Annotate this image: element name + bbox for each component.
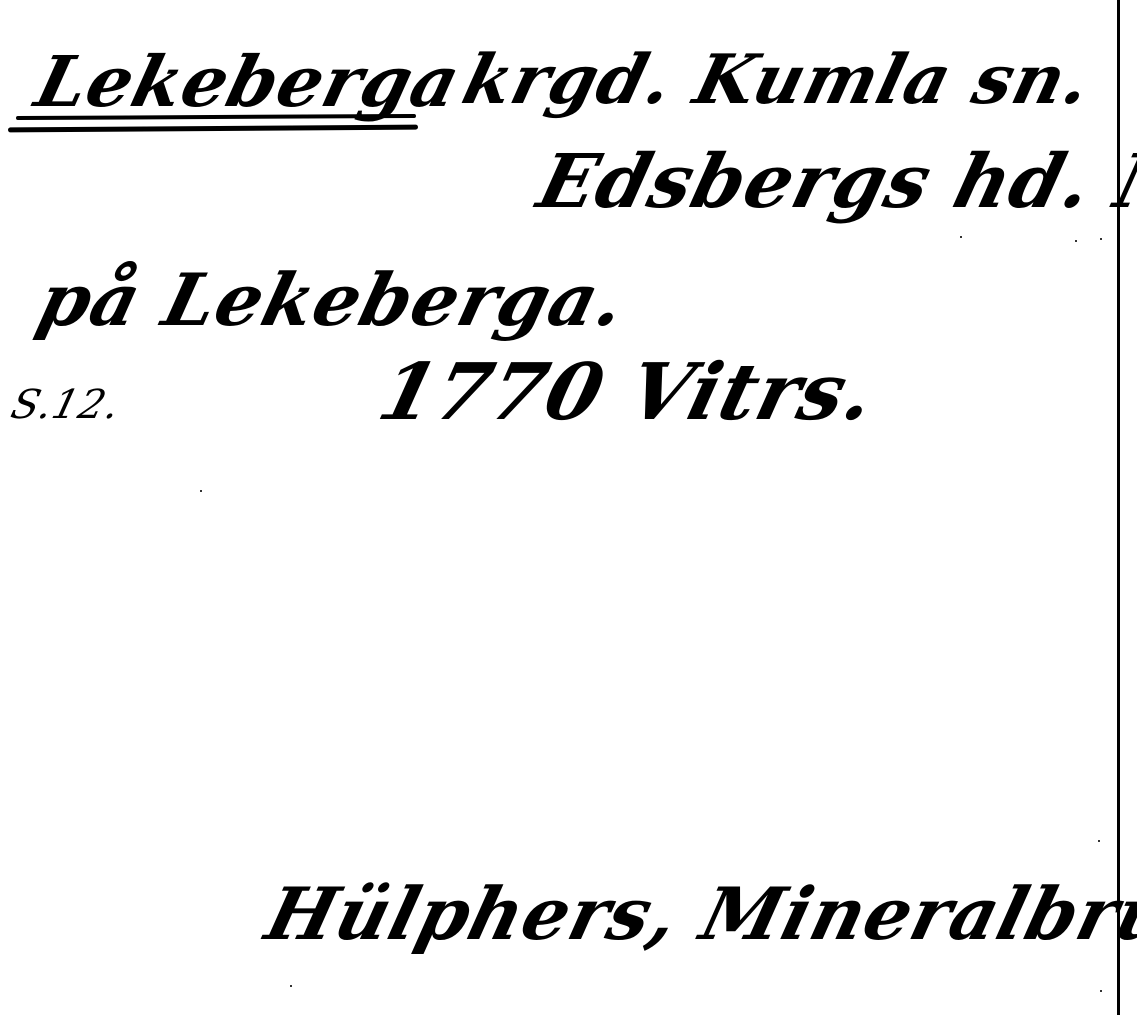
paper-speck <box>1098 840 1100 842</box>
district-line: Edsbergs hd. Nrk. <box>530 140 1137 224</box>
heading-parish: krgd. Kumla sn. <box>455 40 1099 120</box>
archive-card: Lekeberga krgd. Kumla sn. Edsbergs hd. N… <box>0 0 1137 1015</box>
paper-speck <box>200 490 202 492</box>
heading-place-name: Lekeberga <box>28 42 468 122</box>
paper-speck <box>1075 240 1077 242</box>
paper-speck <box>290 985 292 987</box>
card-edge-border <box>1117 0 1120 1015</box>
source-reference: Hülphers, Mineralbrunnar. <box>258 872 1137 956</box>
location-line: på Lekeberga. <box>30 258 634 342</box>
heading-underline-bottom <box>8 125 418 133</box>
paper-speck <box>1100 990 1102 992</box>
margin-page-note: S.12. <box>6 380 126 430</box>
paper-speck <box>960 236 962 238</box>
paper-speck <box>1100 238 1102 240</box>
year-line: 1770 Vitrs. <box>370 348 885 438</box>
